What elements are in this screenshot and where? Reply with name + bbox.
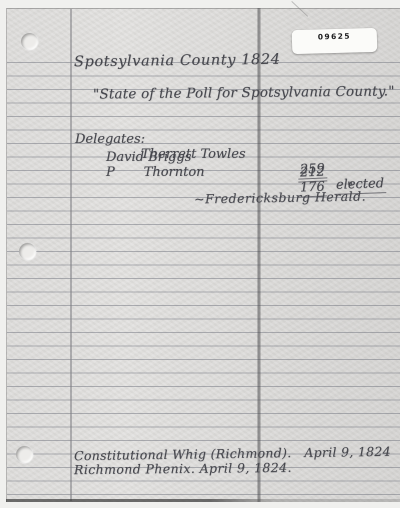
vertical-fold-crease (257, 8, 261, 502)
scanned-document-page: 09625 Spotsylvania County 1824 "State of… (0, 0, 400, 508)
document-title: Spotsylvania County 1824 (74, 52, 281, 71)
punch-hole-middle (19, 243, 36, 260)
paper-bottom-edge (6, 499, 400, 502)
citation-line: Richmond Phenix. April 9, 1824. (74, 460, 292, 477)
delegate-row: P Thornton 176 (0, 150, 400, 168)
delegate-row: Delegates: Therrett Towles 259 elected (0, 117, 400, 135)
punch-hole-top (21, 33, 38, 50)
document-subtitle: "State of the Poll for Spotsylvania Coun… (93, 83, 395, 102)
punch-hole-bottom (16, 446, 33, 463)
catalog-number: 09625 (292, 31, 377, 42)
source-attribution: ~Fredericksburg Herald. (194, 188, 366, 206)
delegate-name: P Thornton (106, 165, 205, 180)
catalog-sticker: 09625 (292, 28, 378, 54)
margin-rule-line (70, 9, 72, 501)
